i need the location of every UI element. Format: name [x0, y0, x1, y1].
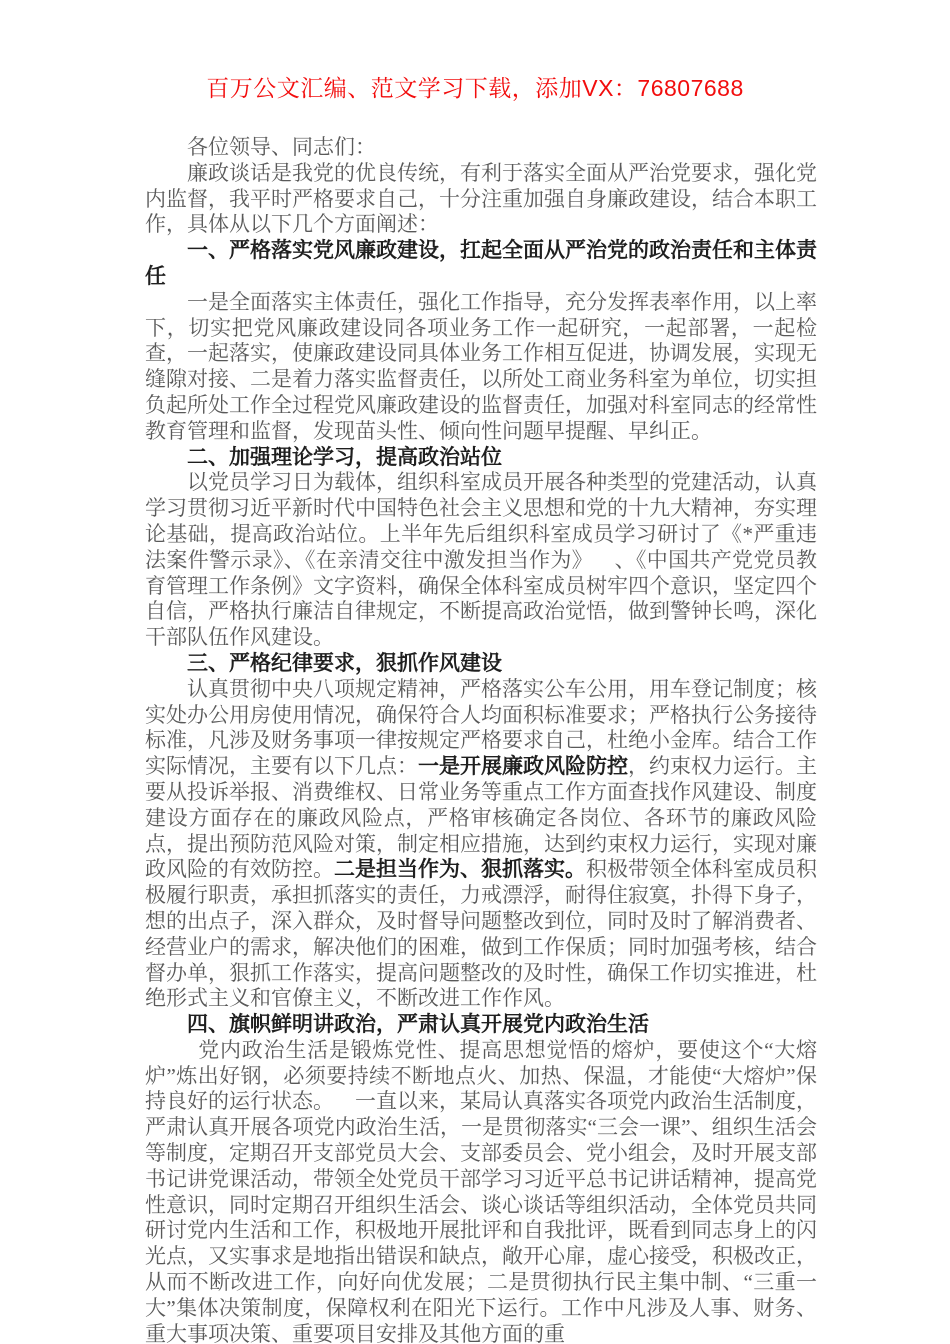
paragraph: 廉政谈话是我党的优良传统，有利于落实全面从严治党要求，强化党内监督，我平时严格要… [145, 161, 817, 238]
bold-text-run: 三、严格纪律要求，狠抓作风建设 [187, 652, 502, 675]
paragraph: 党内政治生活是锻炼党性、提高思想觉悟的熔炉，要使这个“大熔炉”炼出好钢，必须要持… [145, 1038, 817, 1344]
paragraph: 各位领导、同志们： [145, 135, 817, 161]
document-page: 百万公文汇编、范文学习下载，添加VX：76807688 各位领导、同志们：廉政谈… [0, 0, 950, 1344]
bold-text-run: 一、严格落实党风廉政建设，扛起全面从严治党的政治责任和主体责任 [145, 239, 817, 288]
bold-text-run: 四、旗帜鲜明讲政治，严肃认真开展党内政治生活 [187, 1013, 649, 1036]
text-run: 党内政治生活是锻炼党性、提高思想觉悟的熔炉，要使这个“大熔炉”炼出好钢，必须要持… [145, 1038, 817, 1344]
bold-text-run: 一是开展廉政风险防控 [418, 755, 628, 778]
bold-text-run: 二、加强理论学习，提高政治站位 [187, 446, 502, 469]
text-run: 各位领导、同志们： [187, 135, 376, 159]
section-heading: 四、旗帜鲜明讲政治，严肃认真开展党内政治生活 [145, 1012, 817, 1038]
promo-banner: 百万公文汇编、范文学习下载，添加VX：76807688 [0, 70, 950, 103]
section-heading: 一、严格落实党风廉政建设，扛起全面从严治党的政治责任和主体责任 [145, 238, 817, 290]
paragraph: 认真贯彻中央八项规定精神，严格落实公车公用，用车登记制度；核实处办公用房使用情况… [145, 677, 817, 1012]
section-heading: 三、严格纪律要求，狠抓作风建设 [145, 651, 817, 677]
text-run: 廉政谈话是我党的优良传统，有利于落实全面从严治党要求，强化党内监督，我平时严格要… [145, 161, 817, 237]
section-heading: 二、加强理论学习，提高政治站位 [145, 445, 817, 471]
document-body: 各位领导、同志们：廉政谈话是我党的优良传统，有利于落实全面从严治党要求，强化党内… [145, 135, 817, 1344]
paragraph: 以党员学习日为载体，组织科室成员开展各种类型的党建活动，认真学习贯彻习近平新时代… [145, 470, 817, 651]
bold-text-run: 二是担当作为、狠抓落实。 [334, 858, 586, 881]
paragraph: 一是全面落实主体责任，强化工作指导，充分发挥表率作用，以上率下，切实把党风廉政建… [145, 290, 817, 445]
text-run: 一是全面落实主体责任，强化工作指导，充分发挥表率作用，以上率下，切实把党风廉政建… [145, 290, 817, 443]
text-run: 以党员学习日为载体，组织科室成员开展各种类型的党建活动，认真学习贯彻习近平新时代… [145, 470, 817, 649]
